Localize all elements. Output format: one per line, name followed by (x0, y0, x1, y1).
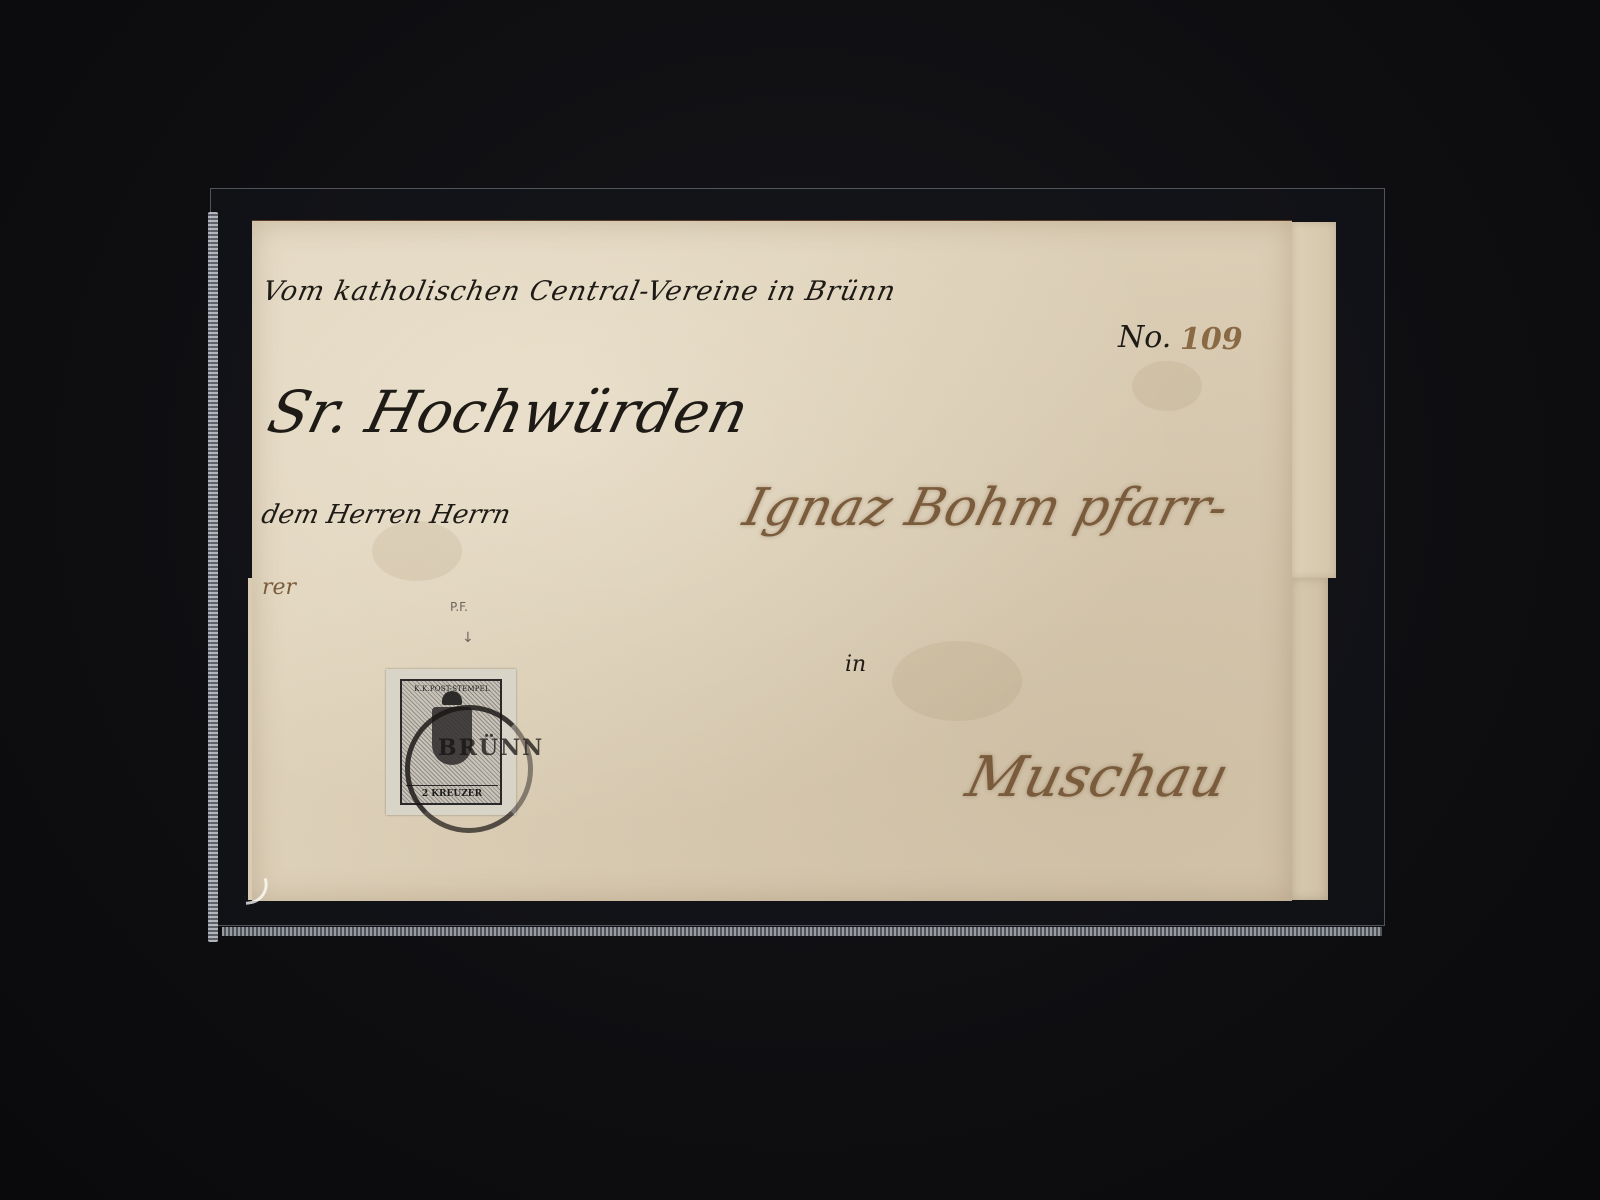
sleeve-left-seam (208, 212, 218, 942)
postmark-text: BRÜNN (438, 735, 544, 761)
circular-postmark (405, 705, 533, 833)
letter-fold-edge (1292, 222, 1336, 578)
reference-number: 109 (1180, 322, 1243, 357)
salutation: Sr. Hochwürden (262, 378, 756, 446)
letter-back-flap (1292, 578, 1328, 900)
paper-stain (1132, 361, 1202, 411)
in-word: in (845, 652, 866, 677)
reference-label: No. (1118, 320, 1171, 355)
destination-town: Muschau (960, 745, 1235, 810)
crown-icon (442, 691, 462, 705)
sender-line: Vom katholischen Central-Vereine in Brün… (260, 276, 899, 307)
paper-stain (372, 521, 462, 581)
addressee-continuation: rer (262, 575, 296, 600)
addressee-name: Ignaz Bohm pfarr- (738, 478, 1235, 538)
paper-stain (892, 641, 1022, 721)
arrow-down-icon: ↓ (462, 630, 474, 646)
sleeve-bottom-seam (222, 927, 1382, 936)
addressee-prefix: dem Herren Herrn (259, 500, 513, 530)
pencil-annotation: P.F. (450, 600, 468, 614)
